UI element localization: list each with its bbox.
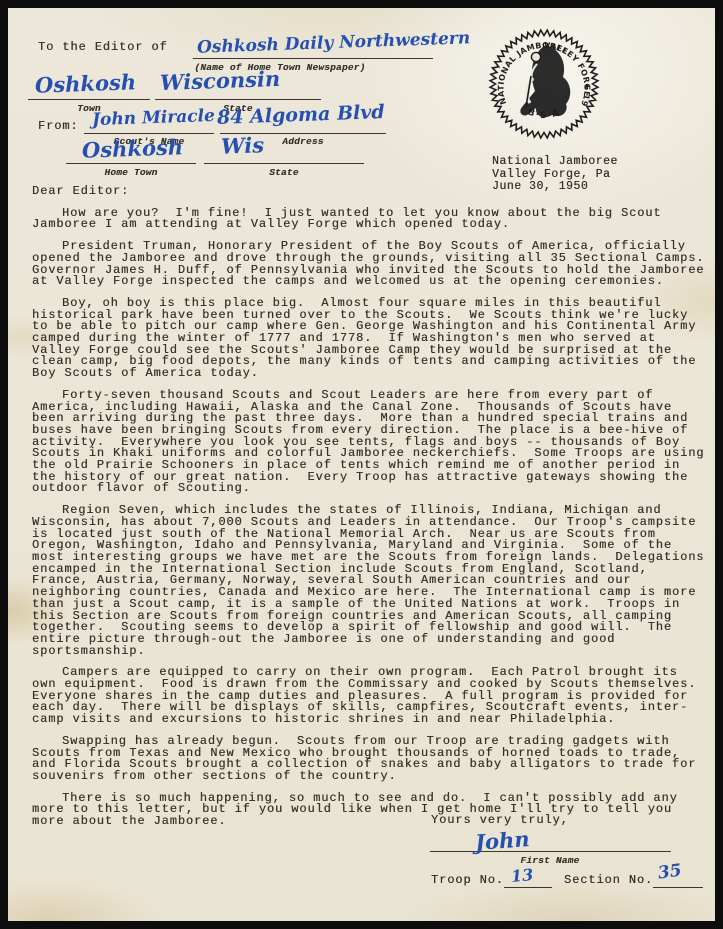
troop-no-handwritten-value: 13 (510, 865, 534, 886)
letter-paragraph: How are you? I'm fine! I just wanted to … (32, 208, 710, 231)
home-town-handwritten-value: Oshkosh (82, 134, 184, 163)
scan-frame: To the Editor of Oshkosh Daily Northwest… (0, 0, 723, 929)
letter-paragraph: There is so much happening, so much to s… (32, 793, 710, 828)
home-state-handwritten-value: Wis (221, 132, 265, 158)
dateline-organization: National Jamboree (492, 156, 618, 169)
to-editor-label: To the Editor of (38, 41, 168, 54)
letter-body: Dear Editor: How are you? I'm fine! I ju… (32, 186, 710, 828)
first-name-label: First Name (500, 855, 600, 866)
scanned-letter-page: To the Editor of Oshkosh Daily Northwest… (8, 8, 715, 921)
letter-paragraph: Campers are equipped to carry on their o… (32, 667, 710, 726)
kneeling-washington-figure (520, 45, 570, 117)
letter-paragraph: Boy, oh boy is this place big. Almost fo… (32, 298, 710, 380)
home-state-label: State (204, 167, 364, 178)
town-handwritten-value: Oshkosh (35, 69, 137, 98)
section-no-handwritten-value: 35 (657, 860, 683, 883)
salutation: Dear Editor: (32, 186, 710, 198)
state-handwritten-value: Wisconsin (160, 66, 281, 95)
letter-paragraph: President Truman, Honorary President of … (32, 241, 710, 288)
troop-no-label: Troop No. (431, 874, 504, 887)
section-no-label: Section No. (564, 874, 653, 887)
closing-line: Yours very truly, (431, 814, 569, 827)
letter-paragraph: Forty-seven thousand Scouts and Scout Le… (32, 390, 710, 495)
scout-name-handwritten-value: John Miracle (92, 106, 216, 130)
from-label: From: (38, 120, 79, 133)
home-town-label: Home Town (66, 167, 196, 178)
letter-paragraph: Region Seven, which includes the states … (32, 505, 710, 657)
signature-handwritten-value: John (474, 826, 530, 855)
signature-line (430, 828, 671, 852)
letter-paragraph: Swapping has already begun. Scouts from … (32, 736, 710, 783)
bsa-jamboree-seal-icon: NATIONAL JAMBOREE VALLEY FORGE ★ 1950 B·… (480, 20, 608, 148)
